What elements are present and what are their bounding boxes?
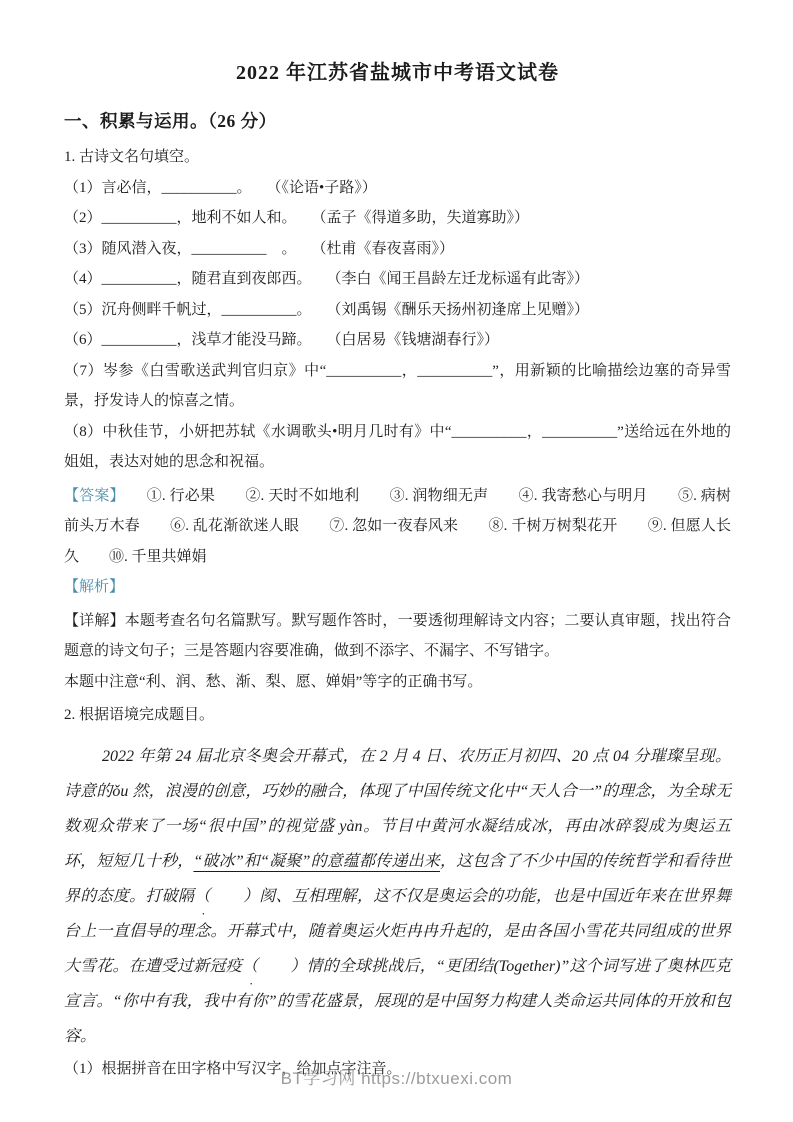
question-1-item-3: （3）随风潜入夜，__________ 。 （杜甫《春夜喜雨》）	[64, 234, 731, 265]
question-1-item-7: （7）岑参《白雪歌送武判官归京》中“__________，__________”…	[64, 356, 731, 417]
question-1-stem: 1. 古诗文名句填空。	[64, 142, 731, 173]
question-1-items: （1）言必信，__________。 （《论语•子路》） （2）________…	[64, 173, 731, 478]
question-2-stem: 2. 根据语境完成题目。	[64, 700, 731, 731]
question-1-item-4: （4）__________，随君直到夜郎西。 （李白《闻王昌龄左迁龙标遥有此寄》…	[64, 264, 731, 295]
dotted-char-ge: 隔	[178, 888, 194, 905]
question-1-item-2: （2）__________，地利不如人和。 （孟子《得道多助，失道寡助》）	[64, 203, 731, 234]
analysis-note: 本题中注意“利、润、愁、渐、梨、愿、婵娟”等字的正确书写。	[64, 667, 731, 698]
question-1-item-5: （5）沉舟侧畔千帆过，__________。 （刘禹锡《酬乐天扬州初逢席上见赠》…	[64, 295, 731, 326]
answer-text: ①. 行必果 ②. 天时不如地利 ③. 润物细无声 ④. 我寄愁心与明月 ⑤. …	[64, 488, 731, 565]
question-2-passage: 2022 年第 24 届北京冬奥会开幕式，在 2 月 4 日、农历正月初四、20…	[64, 739, 731, 1054]
exam-page: 2022 年江苏省盐城市中考语文试卷 一、积累与运用。（26 分） 1. 古诗文…	[0, 0, 793, 1122]
section-1-heading: 一、积累与运用。（26 分）	[64, 108, 731, 134]
detail-text: 本题考查名句名篇默写。默写题作答时，一要透彻理解诗文内容；二要认真审题，找出符合…	[64, 613, 731, 660]
analysis-label: 【解析】	[64, 572, 731, 603]
passage-segment-1: 2022 年第 24 届北京冬奥会开幕式，在 2 月 4 日、农历正月初四、20…	[64, 748, 731, 870]
page-title: 2022 年江苏省盐城市中考语文试卷	[64, 58, 731, 88]
dotted-char-yi: 疫	[226, 958, 242, 975]
question-1-item-6: （6）__________，浅草才能没马蹄。 （白居易《钱塘湖春行》）	[64, 325, 731, 356]
detail-label: 【详解】	[64, 613, 125, 629]
analysis-detail: 【详解】本题考查名句名篇默写。默写题作答时，一要透彻理解诗文内容；二要认真审题，…	[64, 606, 731, 667]
question-1-item-1: （1）言必信，__________。 （《论语•子路》）	[64, 173, 731, 204]
question-1-item-8: （8）中秋佳节，小妍把苏轼《水调歌头•明月几时有》中“__________，__…	[64, 417, 731, 478]
answer-label: 【答案】	[64, 488, 125, 504]
answer-block: 【答案】①. 行必果 ②. 天时不如地利 ③. 润物细无声 ④. 我寄愁心与明月…	[64, 481, 731, 573]
underlined-phrase: “破冰”和“凝聚”的意蕴都传递出来	[193, 853, 440, 870]
footer-watermark: BT学习网 https://btxuexi.com	[0, 1064, 793, 1089]
